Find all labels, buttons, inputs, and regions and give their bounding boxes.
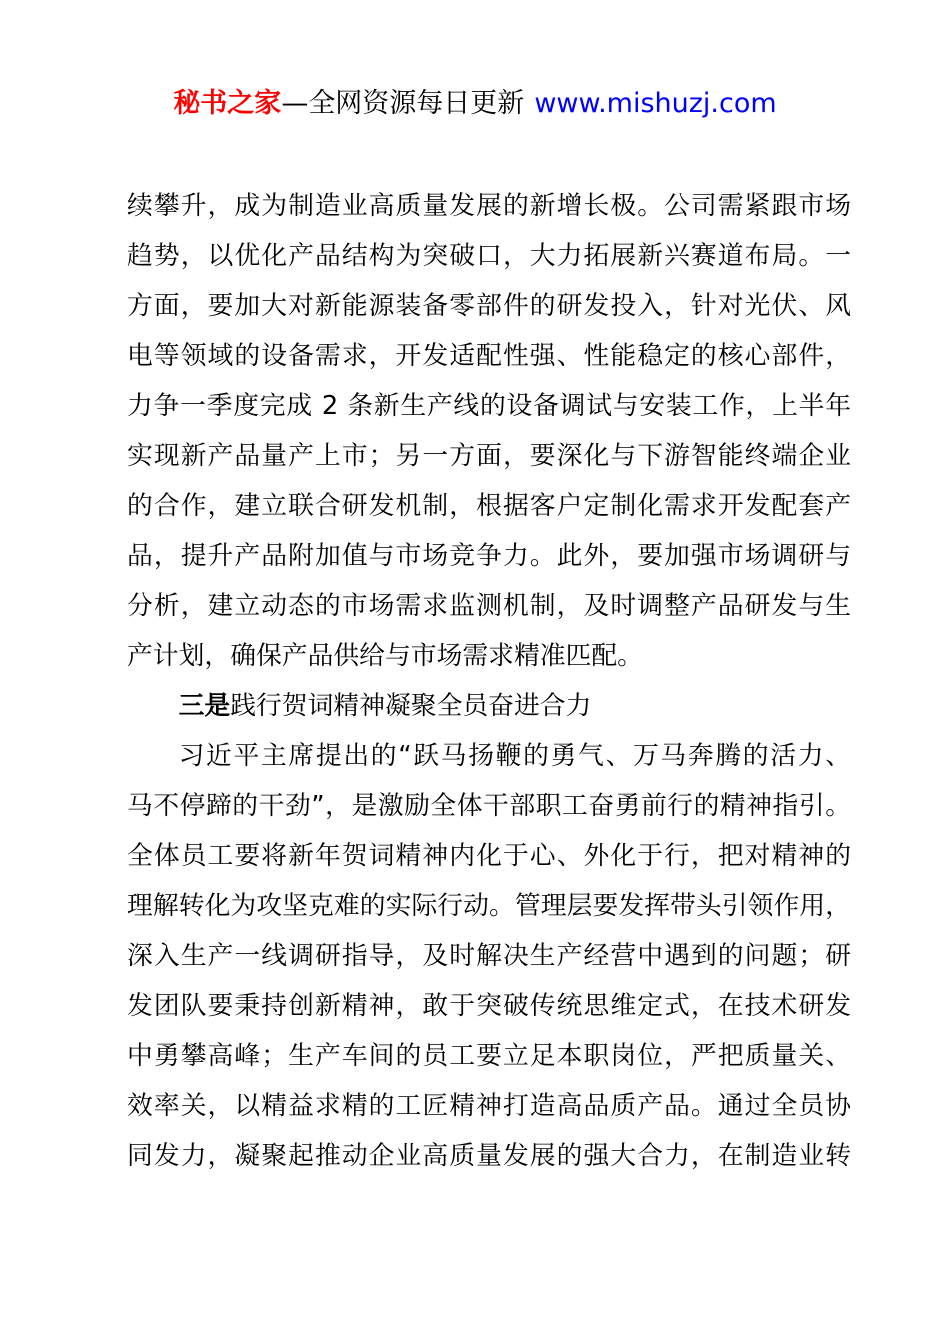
text-line: 深入生产一线调研指导，及时解决生产经营中遇到的问题；研 (127, 931, 851, 981)
document-body: 续攀升，成为制造业高质量发展的新增长极。公司需紧跟市场 趋势，以优化产品结构为突… (127, 181, 851, 1181)
text-line: 电等领域的设备需求，开发适配性强、性能稳定的核心部件， (127, 331, 851, 381)
text-line: 理解转化为攻坚克难的实际行动。管理层要发挥带头引领作用， (127, 881, 851, 931)
text-line: 全体员工要将新年贺词精神内化于心、外化于行，把对精神的 (127, 831, 851, 881)
page-header: 秘书之家—全网资源每日更新www.mishuzj.com (0, 0, 950, 124)
site-tagline: 全网资源每日更新 (308, 88, 524, 119)
text-line: 效率关，以精益求精的工匠精神打造高品质产品。通过全员协 (127, 1081, 851, 1131)
text-line: 发团队要秉持创新精神，敢于突破传统思维定式，在技术研发 (127, 981, 851, 1031)
text-line: 方面，要加大对新能源装备零部件的研发投入，针对光伏、风 (127, 281, 851, 331)
text-line: 分析，建立动态的市场需求监测机制，及时调整产品研发与生 (127, 581, 851, 631)
text-line: 的合作，建立联合研发机制，根据客户定制化需求开发配套产 (127, 481, 851, 531)
text-line: 力争一季度完成 2 条新生产线的设备调试与安装工作，上半年 (127, 381, 851, 431)
text-line-paragraph-end: 产计划，确保产品供给与市场需求精准匹配。 (127, 631, 851, 681)
text-line: 同发力，凝聚起推动企业高质量发展的强大合力，在制造业转 (127, 1131, 851, 1181)
section-heading-title: 践行贺词精神凝聚全员奋进合力 (230, 691, 591, 721)
text-line: 实现新产品量产上市；另一方面，要深化与下游智能终端企业 (127, 431, 851, 481)
text-line: 中勇攀高峰；生产车间的员工要立足本职岗位，严把质量关、 (127, 1031, 851, 1081)
text-line: 趋势，以优化产品结构为突破口，大力拓展新兴赛道布局。一 (127, 231, 851, 281)
site-url-link[interactable]: www.mishuzj.com (534, 88, 776, 119)
site-name: 秘书之家 (173, 88, 281, 119)
document-page: 秘书之家—全网资源每日更新www.mishuzj.com 续攀升，成为制造业高质… (0, 0, 950, 1344)
section-heading-number: 三是 (179, 691, 231, 721)
separator-dash: — (281, 88, 308, 119)
text-line: 品，提升产品附加值与市场竞争力。此外，要加强市场调研与 (127, 531, 851, 581)
text-line: 习近平主席提出的“跃马扬鞭的勇气、万马奔腾的活力、 (127, 731, 851, 781)
section-heading: 三是践行贺词精神凝聚全员奋进合力 (127, 681, 851, 731)
text-line: 续攀升，成为制造业高质量发展的新增长极。公司需紧跟市场 (127, 181, 851, 231)
text-line: 马不停蹄的干劲”，是激励全体干部职工奋勇前行的精神指引。 (127, 781, 851, 831)
